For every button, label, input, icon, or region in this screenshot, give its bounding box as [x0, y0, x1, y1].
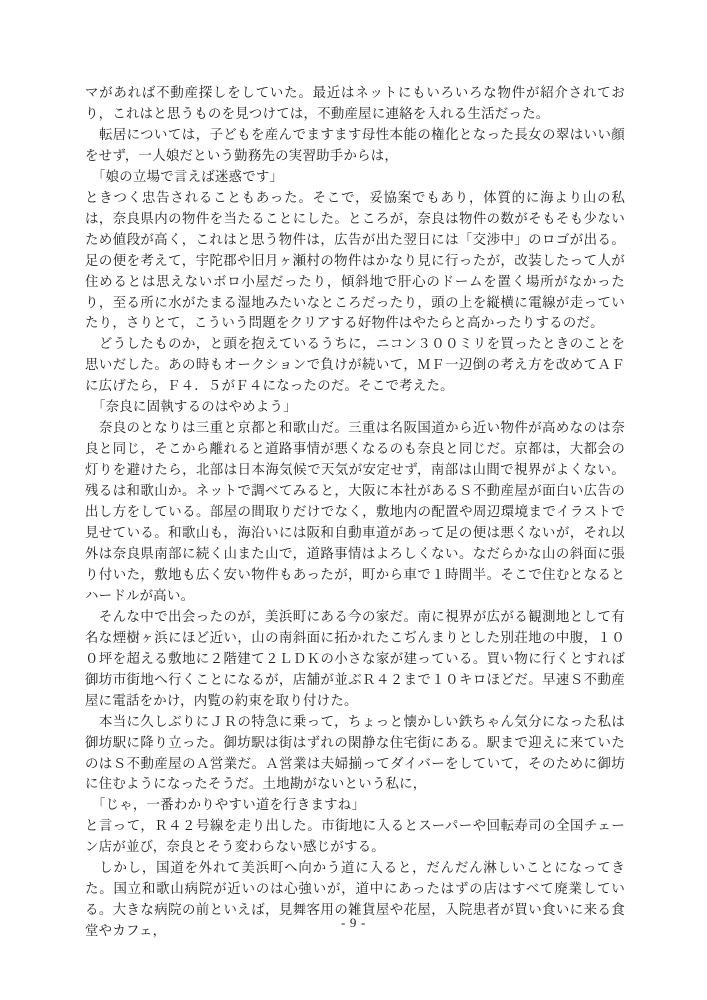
text-segment: そんな中で出会ったのが，美浜町にある今の家だ。南に視界が広がる観測地として有名な…	[85, 609, 625, 708]
text-segment: 本当に久しぶりにＪＲの特急に乗って，ちょっと懐かしい鉄ちゃん気分になった私は御坊…	[85, 714, 625, 792]
text-segment: マがあれば不動産探しをしていた。最近はネットにもいろいろな物件が紹介されており，…	[85, 85, 625, 121]
paragraph: 「奈良に固執するのはやめよう」	[85, 397, 625, 418]
manuscript-page: マがあれば不動産探しをしていた。最近はネットにもいろいろな物件が紹介されており，…	[0, 0, 707, 1000]
text-segment: 転居については，子どもを産んでますます母性本能の権化となった長女の翠はいい顔をせ…	[85, 127, 625, 163]
paragraph: と言って，Ｒ４２号線を走り出した。市街地に入るとスーパーや回転寿司の全国チェーン…	[85, 816, 625, 858]
text-segment: ときつく忠告されることもあった。そこで，妥協案でもあり，体質的に海より山の私は，…	[85, 190, 625, 331]
page-number: - 9 -	[0, 915, 707, 931]
paragraph: ときつく忠告されることもあった。そこで，妥協案でもあり，体質的に海より山の私は，…	[85, 188, 625, 335]
paragraph: 「じゃ，一番わかりやすい道を行きますね」	[85, 795, 625, 816]
text-segment: 「娘の立場で言えば迷惑です」	[85, 169, 283, 184]
paragraph: 「娘の立場で言えば迷惑です」	[85, 167, 625, 188]
text-segment: 「奈良に固執するのはやめよう」	[85, 399, 297, 414]
emphasized-text: すべて	[512, 881, 554, 896]
paragraph: 本当に久しぶりにＪＲの特急に乗って，ちょっと懐かしい鉄ちゃん気分になった私は御坊…	[85, 712, 625, 796]
paragraph: 転居については，子どもを産んでますます母性本能の権化となった長女の翠はいい顔をせ…	[85, 125, 625, 167]
text-segment: と言って，Ｒ４２号線を走り出した。市街地に入るとスーパーや回転寿司の全国チェーン…	[85, 818, 625, 854]
paragraph: そんな中で出会ったのが，美浜町にある今の家だ。南に視界が広がる観測地として有名な…	[85, 607, 625, 712]
paragraph: 奈良のとなりは三重と京都と和歌山だ。三重は名阪国道から近い物件が高めなのは奈良と…	[85, 418, 625, 607]
paragraph: マがあれば不動産探しをしていた。最近はネットにもいろいろな物件が紹介されており，…	[85, 83, 625, 125]
text-segment: どうしたものか，と頭を抱えているうちに，ニコン３００ミリを買ったときのことを思い…	[85, 336, 625, 393]
document-body: マがあれば不動産探しをしていた。最近はネットにもいろいろな物件が紹介されており，…	[85, 83, 625, 942]
text-segment: 奈良のとなりは三重と京都と和歌山だ。三重は名阪国道から近い物件が高めなのは奈良と…	[85, 420, 625, 603]
paragraph: どうしたものか，と頭を抱えているうちに，ニコン３００ミリを買ったときのことを思い…	[85, 334, 625, 397]
text-segment: 「じゃ，一番わかりやすい道を行きますね」	[85, 797, 365, 812]
